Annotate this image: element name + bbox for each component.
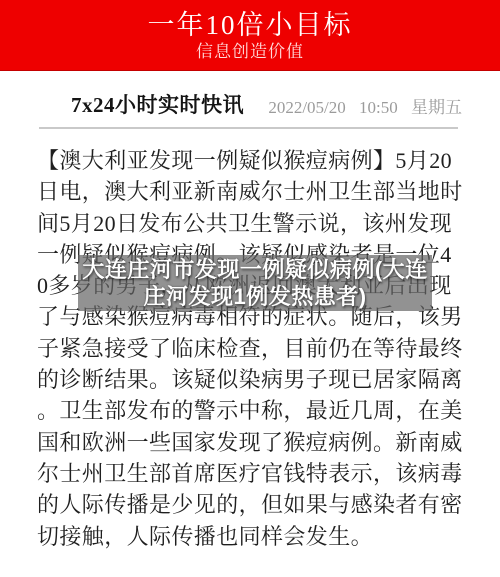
date-label: 2022/05/20 <box>268 98 345 117</box>
article-line: 国和欧洲一些国家发现了猴痘病例。新南威 <box>37 427 463 458</box>
time-label: 10:50 <box>359 98 398 117</box>
newsflash-title: 7x24小时实时快讯 <box>71 89 244 119</box>
site-slogan: 信息创造价值 <box>0 42 500 61</box>
article-line: 【澳大利亚发现一例疑似猴痘病例】5月20 <box>37 145 463 176</box>
article-line: 。卫生部发布的警示中称，最近几周，在美 <box>37 395 463 426</box>
header-banner: 一年10倍小目标 信息创造价值 <box>0 0 500 71</box>
header-divider <box>39 127 458 129</box>
article-line: 的诊断结果。该疑似染病男子现已居家隔离 <box>37 364 463 395</box>
site-title: 一年10倍小目标 <box>0 0 500 40</box>
caption-overlay: 大连庄河市发现一例疑似病例(大连 庄河发现1例发热患者) <box>78 255 432 311</box>
weekday-label: 星期五 <box>411 98 462 117</box>
datetime: 2022/05/20 10:50 星期五 <box>268 93 462 118</box>
article-line: 子紧急接受了临床检查，目前仍在等待最终 <box>37 333 463 364</box>
caption-line-1: 大连庄河市发现一例疑似病例(大连 <box>82 256 427 283</box>
article-line: 切接触，人际传播也同样会发生。 <box>37 521 463 552</box>
article-line: 间5月20日发布公共卫生警示说，该州发现 <box>37 208 463 239</box>
article-line: 尔士州卫生部首席医疗官钱特表示，该病毒 <box>37 458 463 489</box>
article-line: 日电，澳大利亚新南威尔士州卫生部当地时 <box>37 176 463 207</box>
news-page: 一年10倍小目标 信息创造价值 7x24小时实时快讯 2022/05/20 10… <box>0 0 500 577</box>
article-body: 【澳大利亚发现一例疑似猴痘病例】5月20 日电，澳大利亚新南威尔士州卫生部当地时… <box>37 145 463 552</box>
caption-line-2: 庄河发现1例发热患者) <box>143 283 366 310</box>
article-line: 的人际传播是少见的，但如果与感染者有密 <box>37 489 463 520</box>
